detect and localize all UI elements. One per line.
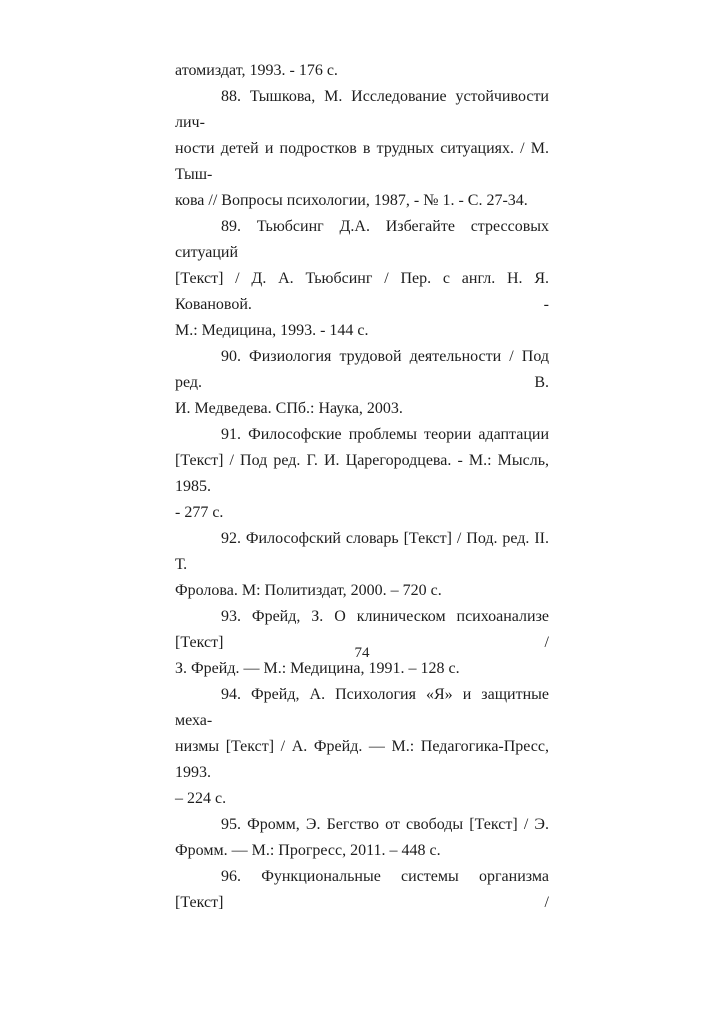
reference-line: 92. Философский словарь [Текст] / Под. р… — [175, 526, 549, 578]
reference-line: Фромм. — М.: Прогресс, 2011. – 448 с. — [175, 838, 549, 864]
reference-line: 88. Тышкова, М. Исследование устойчивост… — [175, 84, 549, 136]
reference-line: 95. Фромм, Э. Бегство от свободы [Текст]… — [175, 812, 549, 838]
reference-line: низмы [Текст] / А. Фрейд. — М.: Педагоги… — [175, 734, 549, 786]
reference-paragraph: 91. Философские проблемы теории адаптаци… — [175, 422, 549, 526]
reference-line: 89. Тьюбсинг Д.А. Избегайте стрессовых с… — [175, 214, 549, 266]
reference-line: Фролова. М: Политиздат, 2000. – 720 с. — [175, 578, 549, 604]
reference-line: – 224 с. — [175, 786, 549, 812]
reference-paragraph: 89. Тьюбсинг Д.А. Избегайте стрессовых с… — [175, 214, 549, 344]
reference-paragraph: 94. Фрейд, А. Психология «Я» и защитные … — [175, 682, 549, 812]
reference-line: - 277 с. — [175, 500, 549, 526]
document-page: атомиздат, 1993. - 176 с.88. Тышкова, М.… — [0, 0, 724, 1024]
reference-paragraph: 95. Фромм, Э. Бегство от свободы [Текст]… — [175, 812, 549, 864]
reference-line: 91. Философские проблемы теории адаптаци… — [175, 422, 549, 448]
reference-line: М.: Медицина, 1993. - 144 с. — [175, 318, 549, 344]
reference-paragraph: 93. Фрейд, З. О клиническом психоанализе… — [175, 604, 549, 682]
reference-paragraph: 92. Философский словарь [Текст] / Под. р… — [175, 526, 549, 604]
reference-paragraph: 96. Функциональные системы организма [Те… — [175, 864, 549, 916]
reference-paragraph: 88. Тышкова, М. Исследование устойчивост… — [175, 84, 549, 214]
page-number: 74 — [0, 644, 724, 662]
reference-line: 94. Фрейд, А. Психология «Я» и защитные … — [175, 682, 549, 734]
reference-line: 90. Физиология трудовой деятельности / П… — [175, 344, 549, 396]
reference-line: кова // Вопросы психологии, 1987, - № 1.… — [175, 188, 549, 214]
reference-line: атомиздат, 1993. - 176 с. — [175, 58, 549, 84]
reference-line: 96. Функциональные системы организма [Те… — [175, 864, 549, 916]
reference-line: И. Медведева. СПб.: Наука, 2003. — [175, 396, 549, 422]
reference-line: [Текст] / Под ред. Г. И. Царегородцева. … — [175, 448, 549, 500]
reference-paragraph: атомиздат, 1993. - 176 с. — [175, 58, 549, 84]
reference-line: [Текст] / Д. А. Тьюбсинг / Пер. с англ. … — [175, 266, 549, 318]
reference-line: ности детей и подростков в трудных ситуа… — [175, 136, 549, 188]
reference-paragraph: 90. Физиология трудовой деятельности / П… — [175, 344, 549, 422]
references-list: атомиздат, 1993. - 176 с.88. Тышкова, М.… — [175, 58, 549, 916]
